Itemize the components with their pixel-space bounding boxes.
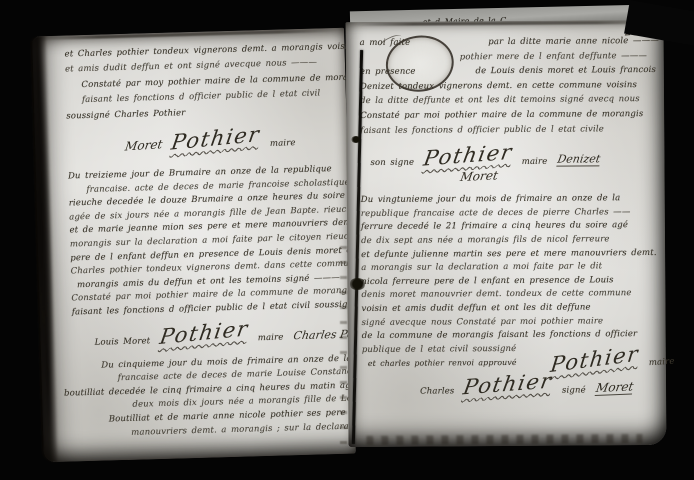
act-record-boutilliat-end: a moi faite par la ditte marie anne nico… — [360, 34, 679, 138]
signature-denizet: Denizet — [556, 152, 601, 166]
manuscript-line: faisant les fonctions d officier public … — [360, 121, 678, 138]
act-record-deces-ferreure: Du vingtunieme jour du mois de frimaire … — [361, 192, 680, 397]
manuscript-line: republique francaise acte de deces de pi… — [361, 206, 679, 222]
act-record-brumaire-end: et Charles pothier tondeux vignerons dem… — [64, 39, 378, 125]
manuscript-line: de la ditte deffunte et ont les dit temo… — [360, 92, 678, 109]
signature-pothier: Pothier — [462, 369, 555, 400]
signature-charles: Charles — [420, 386, 454, 396]
line-fragment: en presence — [360, 65, 416, 80]
signature-row: Moret Pothier maire — [125, 120, 380, 153]
stamp-gap — [415, 64, 475, 79]
manuscript-line: signé avecque nous Constaté par moi poth… — [362, 314, 680, 330]
signature-title: maire — [270, 138, 296, 149]
signature-note: son signe — [370, 158, 414, 168]
manuscript-scan: … et d Maire de la C… et Charles pothier… — [0, 0, 694, 480]
signature-title: maire — [648, 357, 674, 369]
signature-pothier: Pothier — [421, 140, 514, 171]
manuscript-line: a morangis sur la declaration a moi fait… — [361, 260, 679, 276]
signature-title: maire — [522, 157, 548, 167]
signature-moret: Moret — [459, 169, 499, 185]
line-fragment: de Louis denis moret et Louis francois — [475, 63, 656, 79]
act-lines: Denizet tondeux vignerons demt. en cette… — [360, 78, 678, 139]
left-page: et Charles pothier tondeux vignerons dem… — [32, 28, 356, 463]
line-fragment: a moi faite — [360, 36, 411, 51]
stamp-gap — [410, 35, 488, 50]
gutter-ink-marks — [340, 246, 347, 446]
signature-pothier: Pothier — [170, 122, 262, 155]
act-record-deces-rieuche: Du treizieme jour de Brumaire an onze de… — [68, 162, 384, 320]
signature-moret: Moret — [124, 137, 163, 153]
line-fragment: par la ditte marie anne nicole ——— — [488, 34, 659, 50]
manuscript-line: denis moret manouvrier demt. tondeux de … — [361, 287, 679, 303]
manuscript-line: de dix sept ans née a morangis fils de n… — [361, 233, 679, 249]
signature-pothier: Pothier — [158, 316, 250, 349]
signature-moret: Moret — [594, 379, 634, 396]
signature-title: maire — [258, 332, 284, 343]
right-page: 2. 5e a moi faite par la ditte marie ann… — [346, 20, 667, 447]
manuscript-line: pothier mere de l enfant deffunte ——— — [460, 48, 678, 64]
signature-note: signé — [562, 385, 586, 395]
ink-blot — [349, 278, 366, 290]
signature-row: Charles Pothier signé Moret — [420, 371, 680, 397]
signature-louis-moret: Louis Moret — [95, 336, 151, 348]
ink-blot — [351, 136, 361, 143]
signature-row: son signe Pothier maire Denizet — [370, 140, 678, 168]
signature-row: Moret — [461, 168, 679, 184]
